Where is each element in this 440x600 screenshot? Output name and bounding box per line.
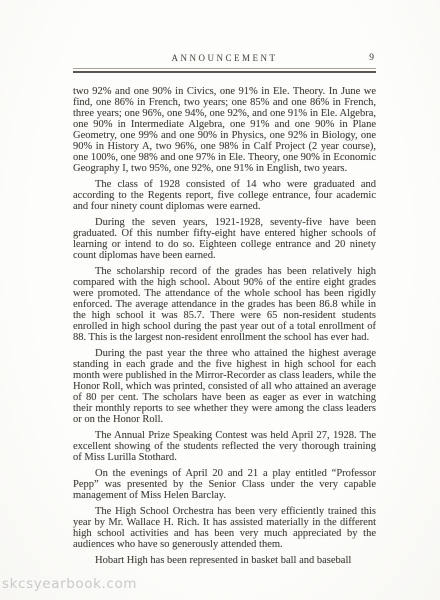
paragraph-3: During the seven years, 1921-1928, seven… [73, 217, 376, 261]
paragraph-9: Hobart High has been represented in bask… [73, 555, 376, 566]
page-number: 9 [369, 53, 374, 63]
running-header: ANNOUNCEMENT 9 [73, 53, 376, 65]
page-content-column: ANNOUNCEMENT 9 two 92% and one 90% in Ci… [73, 53, 376, 571]
paragraph-4: The scholarship record of the grades has… [73, 266, 376, 343]
paragraph-2: The class of 1928 consisted of 14 who we… [73, 179, 376, 212]
paragraph-8: The High School Orchestra has been very … [73, 506, 376, 550]
paragraph-6: The Annual Prize Speaking Contest was he… [73, 430, 376, 463]
header-rule [73, 68, 376, 73]
page-header-title: ANNOUNCEMENT [73, 53, 376, 63]
paragraph-7: On the evenings of April 20 and 21 a pla… [73, 468, 376, 501]
page-body: two 92% and one 90% in Civics, one 91% i… [73, 86, 376, 566]
watermark: skcsyearbook.com [2, 576, 137, 592]
scanned-page: ANNOUNCEMENT 9 two 92% and one 90% in Ci… [0, 0, 440, 600]
paragraph-5: During the past year the three who attai… [73, 348, 376, 425]
paragraph-1: two 92% and one 90% in Civics, one 91% i… [73, 86, 376, 174]
